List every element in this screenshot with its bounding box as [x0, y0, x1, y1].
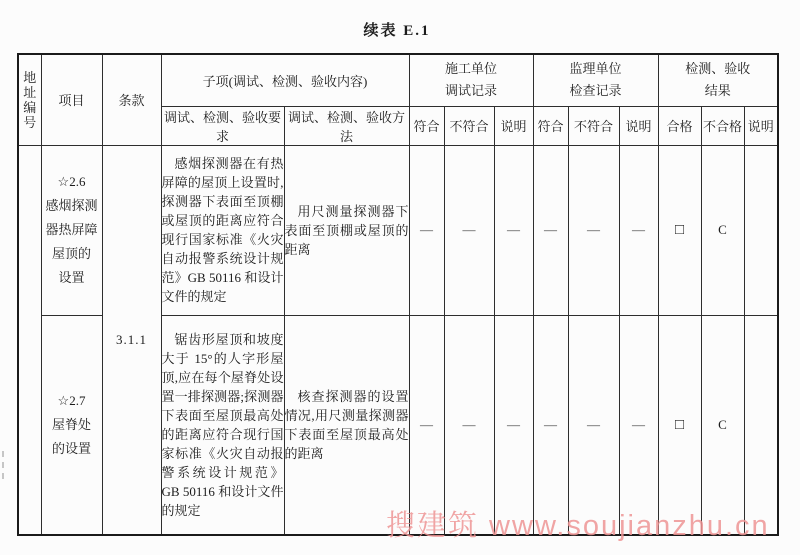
- inspection-table: 地 址 编 号 项目 条款 子项(调试、检测、验收内容) 施工单位 调试记录 监…: [17, 53, 779, 536]
- checkbox-icon: □: [675, 417, 684, 433]
- construction-note-cell: —: [494, 315, 533, 535]
- method-text: 用尺测量探测器下表面至顶棚或屋顶的距离: [285, 202, 409, 259]
- supervision-conform-cell: —: [533, 315, 568, 535]
- col-header-item: 项目: [41, 54, 102, 145]
- result-note-cell: [744, 145, 778, 315]
- address-no-cell: [18, 145, 41, 535]
- col-header-result-note: 说明: [744, 106, 778, 145]
- col-header-subitem-group: 子项(调试、检测、验收内容): [161, 54, 409, 106]
- supervision-conform-cell: —: [533, 145, 568, 315]
- item-cell: ☆2.7 屋脊处 的设置: [41, 315, 102, 535]
- result-pass-cell: □: [658, 315, 701, 535]
- col-header-clause: 条款: [102, 54, 161, 145]
- page-title: 续表 E.1: [17, 19, 777, 40]
- checkbox-icon: □: [675, 222, 684, 238]
- requirement-cell: 锯齿形屋顶和坡度大于 15°的人字形屋顶,应在每个屋脊处设置一排探测器;探测器下…: [161, 315, 284, 535]
- result-pass-cell: □: [658, 145, 701, 315]
- supervision-note-cell: —: [619, 145, 658, 315]
- col-header-requirement: 调试、检测、验收要求: [161, 106, 284, 145]
- table-row: ☆2.6 感烟探测 器热屏障 屋顶的 设置 3.1.1 感烟探测器在有热屏障的屋…: [18, 145, 778, 315]
- result-fail-cell: C: [701, 315, 744, 535]
- requirement-text: 感烟探测器在有热屏障的屋顶上设置时,探测器下表面至顶棚或屋顶的距离应符合现行国家…: [162, 154, 284, 306]
- requirement-cell: 感烟探测器在有热屏障的屋顶上设置时,探测器下表面至顶棚或屋顶的距离应符合现行国家…: [161, 145, 284, 315]
- method-cell: 核查探测器的设置情况,用尺测量探测器下表面至屋顶最高处的距离: [284, 315, 409, 535]
- scan-artifact: [2, 451, 7, 479]
- supervision-nonconform-cell: —: [568, 315, 619, 535]
- col-header-supervision-conform: 符合: [533, 106, 568, 145]
- item-cell: ☆2.6 感烟探测 器热屏障 屋顶的 设置: [41, 145, 102, 315]
- col-header-construction-nonconform: 不符合: [444, 106, 494, 145]
- method-cell: 用尺测量探测器下表面至顶棚或屋顶的距离: [284, 145, 409, 315]
- col-header-result-fail: 不合格: [701, 106, 744, 145]
- col-header-method: 调试、检测、验收方法: [284, 106, 409, 145]
- col-header-construction-group: 施工单位 调试记录: [409, 54, 533, 106]
- supervision-note-cell: —: [619, 315, 658, 535]
- construction-conform-cell: —: [409, 145, 444, 315]
- watermark: 搜建筑 www.soujianzhu.cn: [386, 503, 770, 544]
- supervision-nonconform-cell: —: [568, 145, 619, 315]
- col-header-supervision-group: 监理单位 检查记录: [533, 54, 658, 106]
- result-fail-cell: C: [701, 145, 744, 315]
- clause-cell: 3.1.1: [102, 145, 161, 535]
- requirement-text: 锯齿形屋顶和坡度大于 15°的人字形屋顶,应在每个屋脊处设置一排探测器;探测器下…: [162, 330, 284, 520]
- col-header-address-no: 地 址 编 号: [18, 54, 41, 145]
- col-header-result-group: 检测、验收 结果: [658, 54, 778, 106]
- fail-mark-text: C: [718, 222, 727, 237]
- construction-note-cell: —: [494, 145, 533, 315]
- col-header-supervision-nonconform: 不符合: [568, 106, 619, 145]
- result-note-cell: [744, 315, 778, 535]
- col-header-supervision-note: 说明: [619, 106, 658, 145]
- construction-nonconform-cell: —: [444, 315, 494, 535]
- col-header-result-pass: 合格: [658, 106, 701, 145]
- col-header-construction-conform: 符合: [409, 106, 444, 145]
- method-text: 核查探测器的设置情况,用尺测量探测器下表面至屋顶最高处的距离: [285, 387, 409, 463]
- header-group-row: 地 址 编 号 项目 条款 子项(调试、检测、验收内容) 施工单位 调试记录 监…: [18, 54, 778, 106]
- construction-conform-cell: —: [409, 315, 444, 535]
- fail-mark-text: C: [718, 417, 727, 432]
- construction-nonconform-cell: —: [444, 145, 494, 315]
- col-header-construction-note: 说明: [494, 106, 533, 145]
